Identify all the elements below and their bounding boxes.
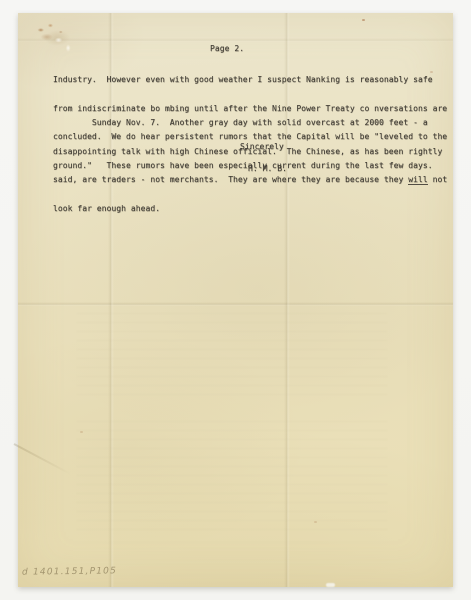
verso-text-show-through [76, 421, 388, 531]
fold-crease-horizontal-middle [18, 302, 453, 306]
letter-page: Page 2. Industry. However even with good… [18, 13, 453, 587]
verso-text-show-through [76, 313, 388, 403]
page-number: Page 2. [210, 44, 244, 54]
paragraph-2-line: said, are traders - not merchants. They … [53, 175, 447, 185]
fold-crease-diagonal [14, 443, 71, 475]
paragraph-1-line: Industry. However even with good weather… [53, 75, 447, 85]
paragraph-2-line3-post: not [428, 175, 447, 184]
paragraph-2-line3-pre: said, are traders - not merchants. They … [53, 175, 408, 184]
foxing-speck [362, 19, 365, 21]
paragraph-2-line: Sunday Nov. 7. Another gray day with sol… [53, 118, 447, 128]
underlined-word: will [408, 175, 427, 185]
paper-edge-notch [326, 583, 335, 587]
scanned-letter-image: Page 2. Industry. However even with good… [0, 0, 471, 600]
signature-initials: H. M. B. [248, 164, 287, 174]
closing-salutation: Sincerely [240, 142, 284, 152]
paragraph-2-line: look far enough ahead. [53, 204, 447, 214]
pencil-inscription: d 1401.151,P105 [22, 566, 117, 577]
